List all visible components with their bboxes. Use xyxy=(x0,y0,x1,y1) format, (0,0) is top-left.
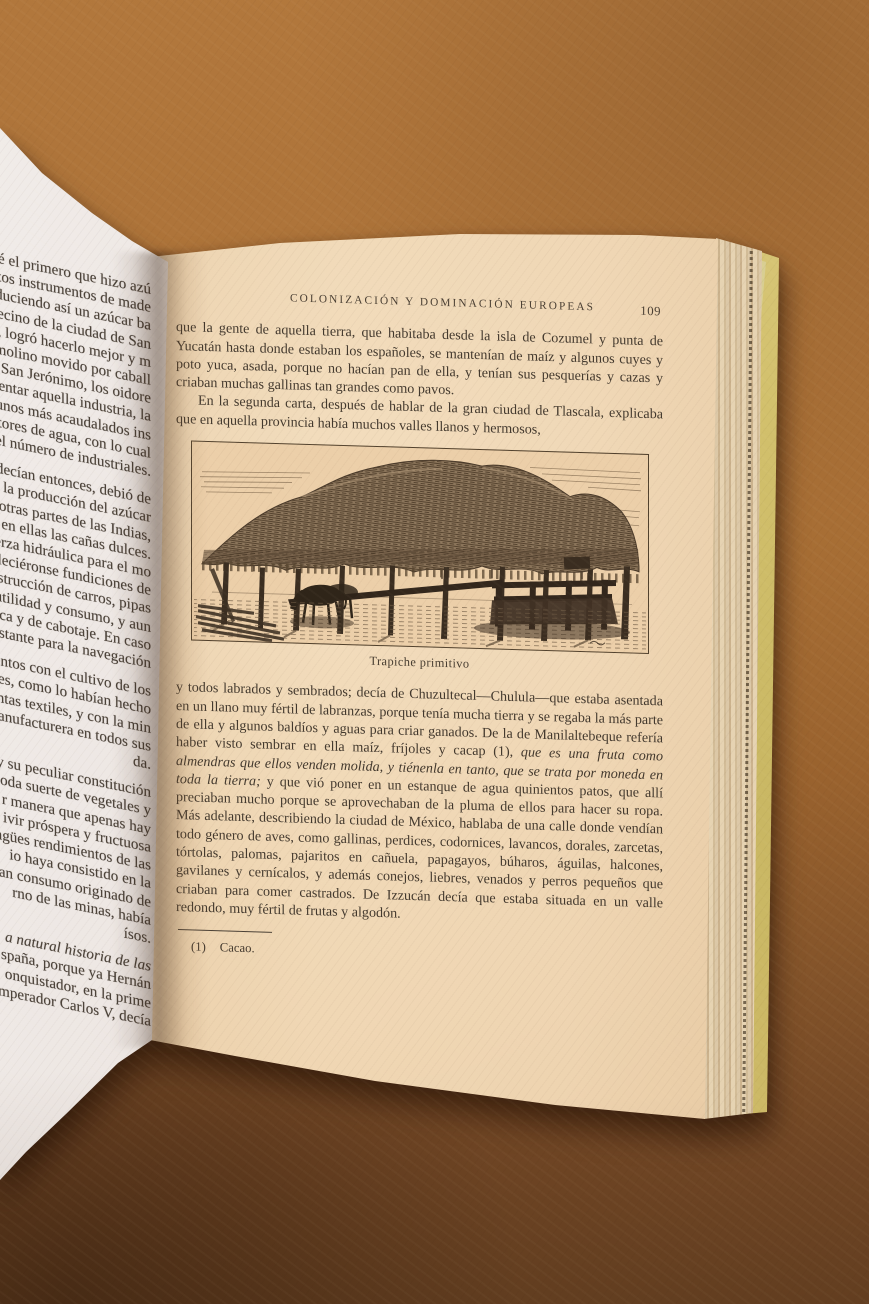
figure-frame xyxy=(191,441,649,655)
body-paragraphs-bottom: y todos labrados y sembrados; decía de C… xyxy=(176,678,663,930)
gutter-shadow xyxy=(112,252,208,1048)
text-segment: que la gente de aquella tierra, que habi… xyxy=(176,319,663,398)
footnote: (1)Cacao. xyxy=(191,938,663,970)
paragraph: y todos labrados y sembrados; decía de C… xyxy=(176,678,663,930)
text-segment: y que vió poner en un estanque de agua q… xyxy=(176,773,663,921)
footnote-text: Cacao. xyxy=(220,941,255,956)
figure xyxy=(191,441,649,655)
trapiche-engraving-illustration xyxy=(192,442,648,654)
photo-of-open-book: COLONIZACIÓN Y DOMINACIÓN EUROPEAS 109 q… xyxy=(0,0,869,1304)
right-page-text: COLONIZACIÓN Y DOMINACIÓN EUROPEAS 109 q… xyxy=(176,286,663,970)
running-header: COLONIZACIÓN Y DOMINACIÓN EUROPEAS 109 xyxy=(176,286,663,319)
page-number: 109 xyxy=(640,302,661,321)
running-header-title: COLONIZACIÓN Y DOMINACIÓN EUROPEAS xyxy=(290,292,595,313)
body-paragraphs-top: que la gente de aquella tierra, que habi… xyxy=(176,318,663,442)
book: COLONIZACIÓN Y DOMINACIÓN EUROPEAS 109 q… xyxy=(0,0,869,1304)
